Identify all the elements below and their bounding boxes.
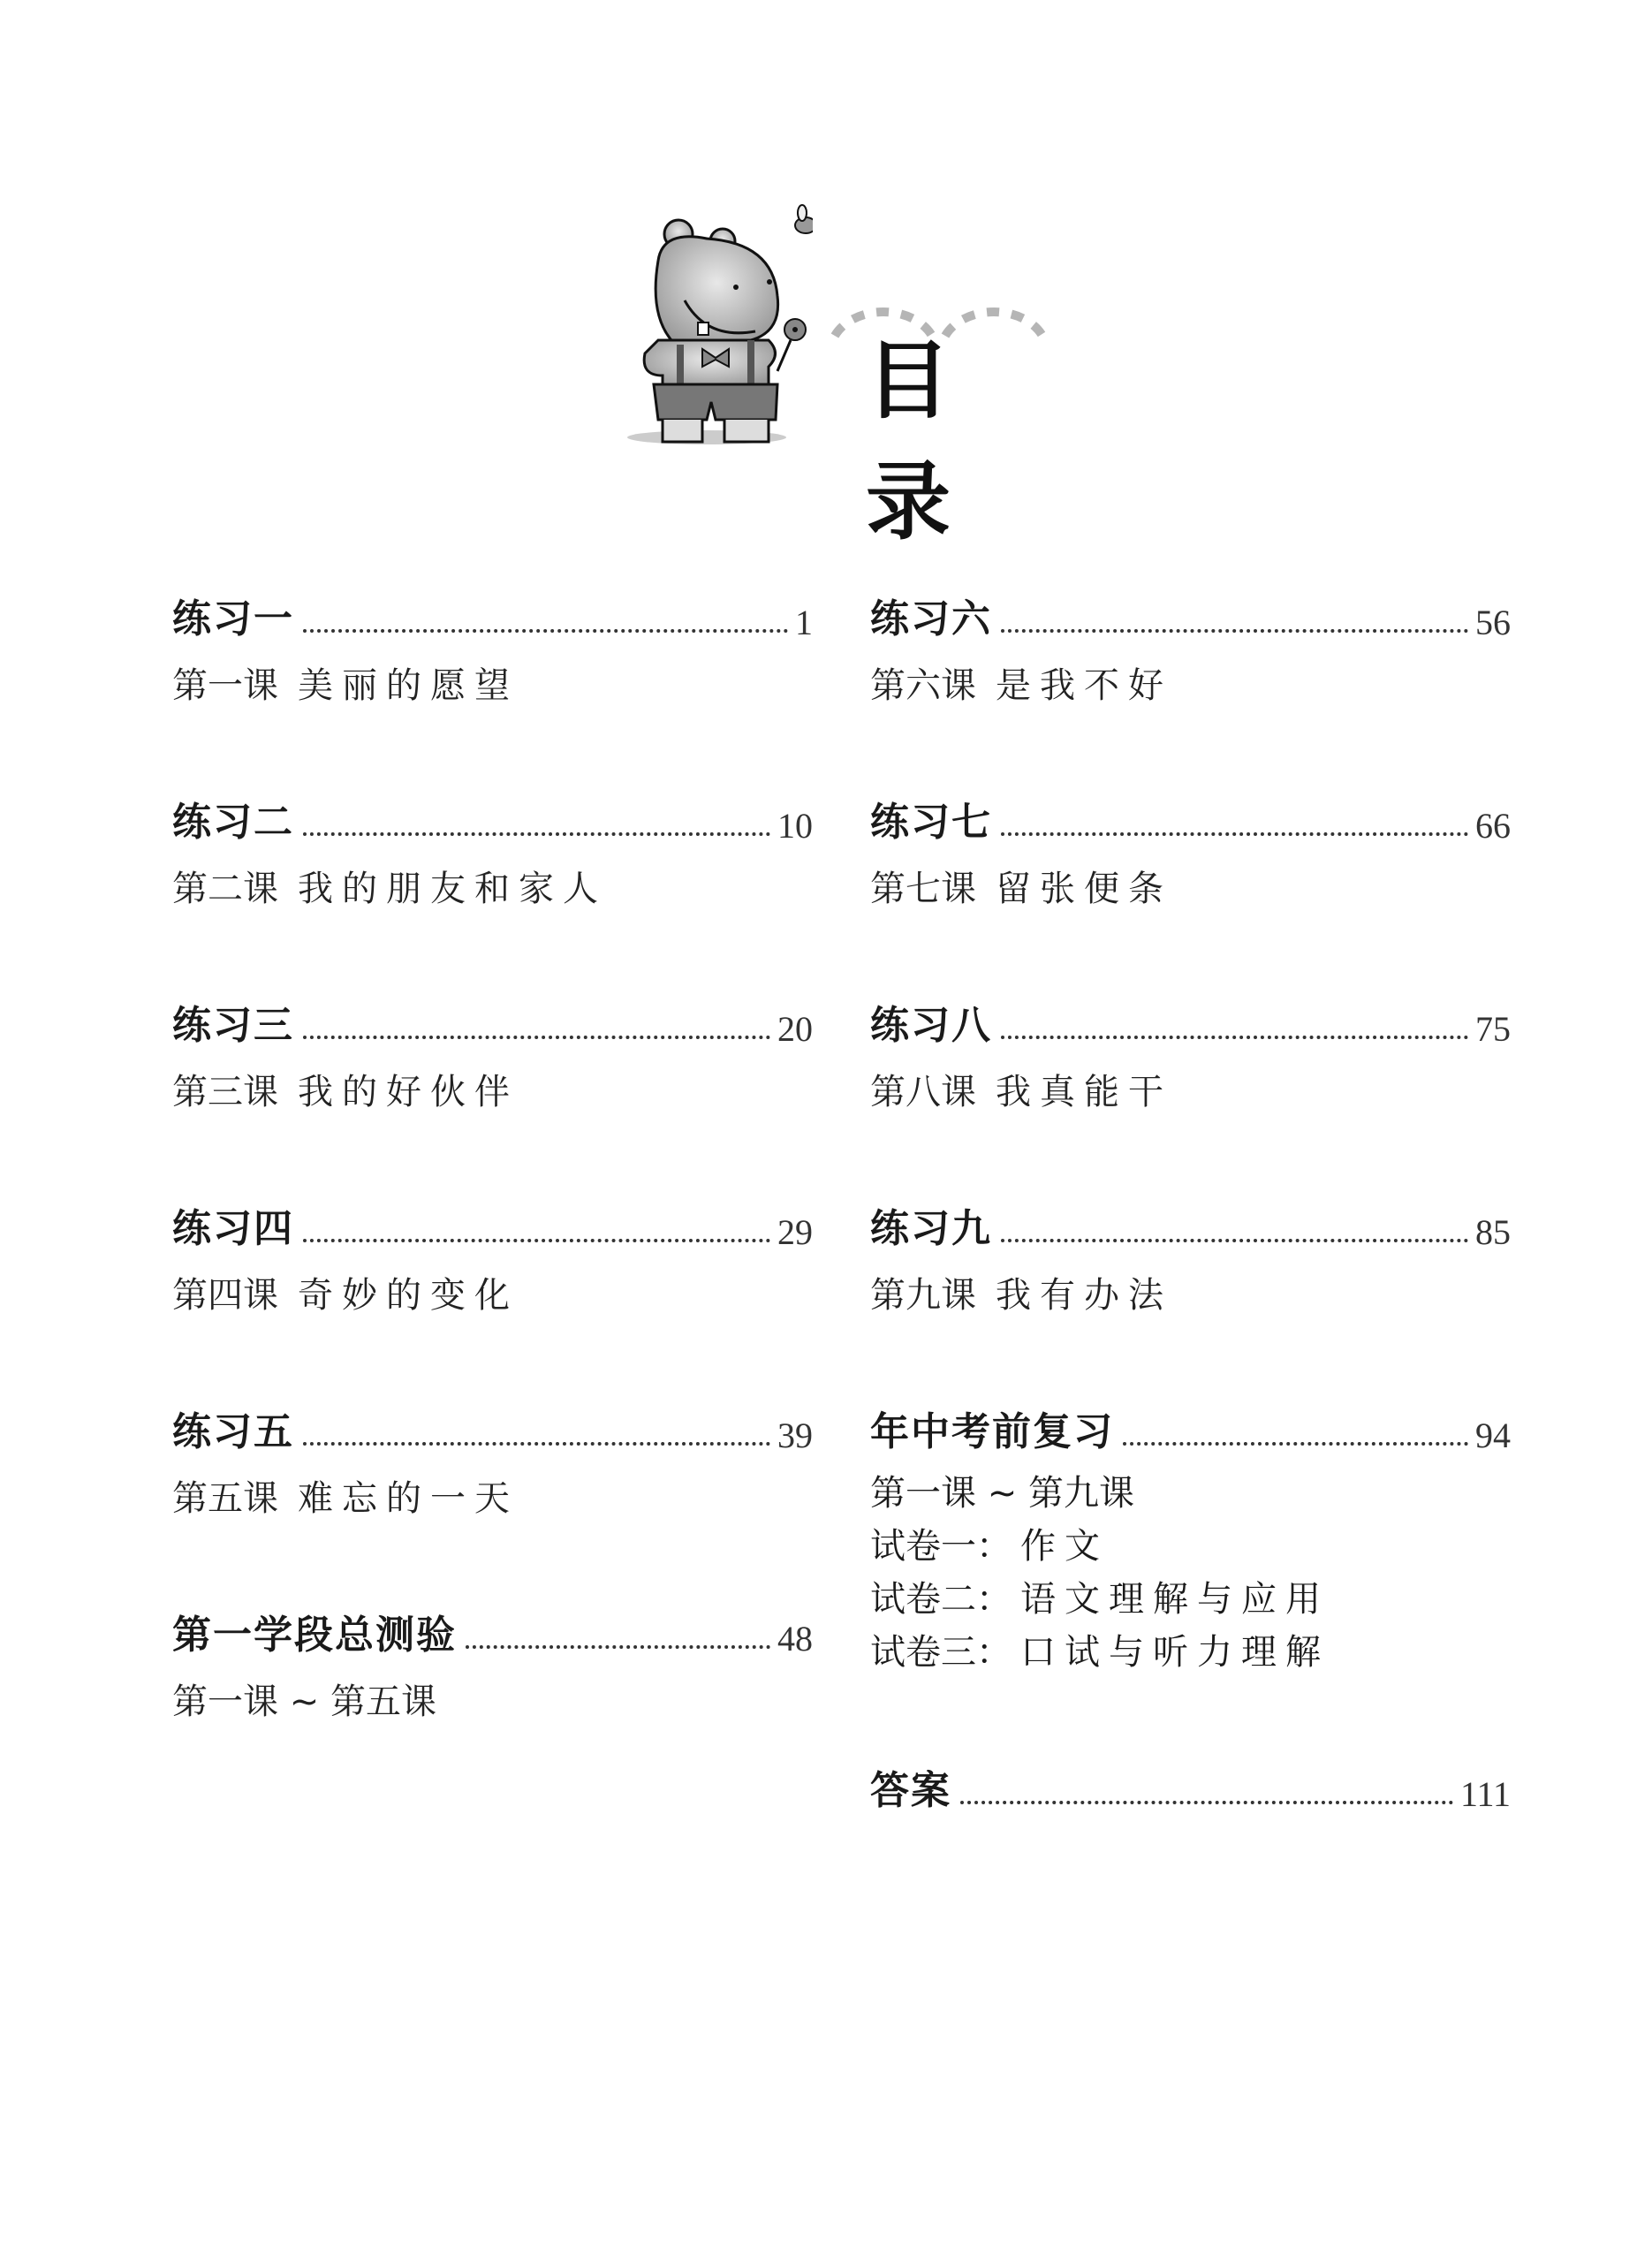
paper-value: 口试与听力理解: [1020, 1632, 1330, 1673]
page-number: 111: [1460, 1773, 1511, 1815]
toc-entry[interactable]: 练习八75 第八课我真能干: [870, 1000, 1511, 1114]
paper-value: 语文理解与应用: [1020, 1579, 1330, 1620]
page-number: 29: [777, 1211, 813, 1253]
lesson-name: 我的朋友和家人: [298, 869, 607, 909]
page-number: 56: [1475, 602, 1511, 643]
leader-dots: [1001, 629, 1468, 633]
page-number: 94: [1475, 1415, 1511, 1456]
leader-dots: [303, 1036, 770, 1039]
lesson-number: 第三课: [172, 1072, 278, 1112]
toc-entry[interactable]: 练习一1 第一课美丽的愿望: [172, 594, 813, 708]
lesson-number: 第一课: [172, 665, 278, 706]
lesson-name: 我有办法: [996, 1275, 1172, 1316]
toc-entry[interactable]: 练习六56 第六课是我不好: [870, 594, 1511, 708]
toc-entry[interactable]: 练习七66 第七课留张便条: [870, 797, 1511, 911]
entry-label: 练习三: [172, 993, 294, 1050]
page-number: 66: [1475, 805, 1511, 846]
lesson-number: 第七课: [870, 869, 976, 909]
lesson-range: 第一课 ~ 第九课: [870, 1467, 1511, 1520]
leader-dots: [303, 629, 788, 633]
paper-key: 试卷二：: [870, 1579, 1012, 1620]
lesson-number: 第六课: [870, 665, 976, 706]
page-number: 10: [777, 805, 813, 846]
toc-entry[interactable]: 练习三20 第三课我的好伙伴: [172, 1000, 813, 1114]
toc-entry-answers[interactable]: 答案111: [870, 1765, 1511, 1815]
lesson-range: 第一课 ~ 第五课: [172, 1681, 436, 1722]
toc-entry[interactable]: 练习二10 第二课我的朋友和家人: [172, 797, 813, 911]
entry-label: 练习六: [870, 587, 992, 643]
leader-dots: [960, 1801, 1453, 1804]
lesson-number: 第九课: [870, 1275, 976, 1316]
lesson-name: 留张便条: [996, 869, 1172, 909]
lesson-name: 我真能干: [996, 1072, 1172, 1112]
paper-line: 试卷三：口试与听力理解: [870, 1626, 1511, 1679]
leader-dots: [1001, 1239, 1468, 1242]
lesson-number: 第二课: [172, 869, 278, 909]
lesson-number: 第四课: [172, 1275, 278, 1316]
leader-dots: [1123, 1442, 1468, 1446]
lesson-number: 第五课: [172, 1478, 278, 1519]
lesson-name: 难忘的一天: [298, 1478, 519, 1519]
leader-dots: [303, 1239, 770, 1242]
toc-entry[interactable]: 练习五39 第五课难忘的一天: [172, 1407, 813, 1521]
toc-entry-midyear-review[interactable]: 年中考前复习94 第一课 ~ 第九课 试卷一：作文 试卷二：语文理解与应用 试卷…: [870, 1407, 1511, 1679]
leader-dots: [466, 1645, 770, 1649]
paper-value: 作文: [1020, 1526, 1109, 1567]
page-number: 75: [1475, 1008, 1511, 1050]
paper-key: 试卷一：: [870, 1526, 1012, 1567]
toc-entry-term-test[interactable]: 第一学段总测验48 第一课 ~ 第五课: [172, 1610, 813, 1724]
leader-dots: [303, 1442, 770, 1446]
page-title: 目 录: [866, 314, 1104, 556]
page-number: 48: [777, 1618, 813, 1659]
lesson-number: 第八课: [870, 1072, 976, 1112]
entry-label: 练习二: [172, 790, 294, 846]
lesson-name: 美丽的愿望: [298, 665, 519, 706]
entry-label: 年中考前复习: [870, 1400, 1114, 1456]
lesson-name: 我的好伙伴: [298, 1072, 519, 1112]
page-number: 1: [795, 602, 813, 643]
entry-label: 练习五: [172, 1400, 294, 1456]
paper-key: 试卷三：: [870, 1632, 1012, 1673]
leader-dots: [1001, 1036, 1468, 1039]
entry-label: 练习四: [172, 1196, 294, 1253]
leader-dots: [303, 832, 770, 836]
hippo-illustration-icon: [610, 199, 813, 446]
entry-label: 答案: [870, 1758, 951, 1815]
page-number: 39: [777, 1415, 813, 1456]
lesson-name: 是我不好: [996, 665, 1172, 706]
paper-line: 试卷一：作文: [870, 1520, 1511, 1573]
entry-label: 练习七: [870, 790, 992, 846]
page-number: 20: [777, 1008, 813, 1050]
entry-label: 练习一: [172, 587, 294, 643]
lesson-name: 奇妙的变化: [298, 1275, 519, 1316]
entry-label: 练习八: [870, 993, 992, 1050]
leader-dots: [1001, 832, 1468, 836]
entry-label: 练习九: [870, 1196, 992, 1253]
title-area: 目 录: [610, 199, 1104, 446]
paper-line: 试卷二：语文理解与应用: [870, 1573, 1511, 1626]
toc-entry[interactable]: 练习四29 第四课奇妙的变化: [172, 1203, 813, 1317]
toc-entry[interactable]: 练习九85 第九课我有办法: [870, 1203, 1511, 1317]
page-number: 85: [1475, 1211, 1511, 1253]
entry-label: 第一学段总测验: [172, 1603, 457, 1659]
